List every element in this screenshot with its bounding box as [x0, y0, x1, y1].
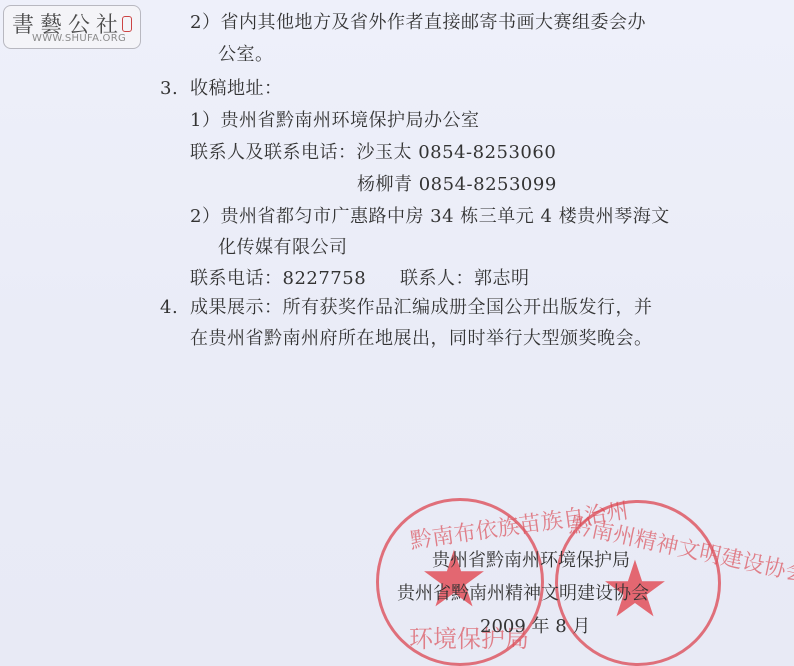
address-1-contact-2: 杨柳青 0854-8253099	[357, 174, 557, 196]
watermark-logo: 書藝公社 WWW.SHUFA.ORG	[3, 5, 141, 49]
section-3-heading: 3.收稿地址：	[160, 78, 283, 100]
signatory-org-1: 贵州省黔南州环境保护局	[432, 550, 630, 572]
item-2-line-2: 公室。	[218, 44, 274, 66]
item-2-line-1: 2）省内其他地方及省外作者直接邮寄书画大赛组委会办	[190, 12, 646, 34]
official-seal-environment-bureau: ★ 黔南布依族苗族自治州 环境保护局	[376, 498, 544, 666]
address-text: 贵州省都匀市广惠路中房 34 栋三单元 4 楼贵州琴海文	[220, 206, 669, 227]
contact-name: 沙玉太	[357, 142, 413, 163]
contact-phone: 0854-8253099	[419, 174, 557, 195]
address-text: 贵州省黔南州环境保护局办公室	[220, 110, 479, 131]
list-marker: 1）	[190, 110, 220, 131]
watermark-url: WWW.SHUFA.ORG	[32, 33, 126, 44]
section-number: 4.	[160, 297, 190, 319]
address-1-contact-1: 联系人及联系电话：沙玉太 0854-8253060	[190, 142, 556, 164]
address-2-contact-person: 联系人：郭志明	[400, 268, 530, 290]
signature-date: 2009 年 8 月	[480, 616, 590, 638]
address-2-contact: 联系电话：8227758	[190, 268, 366, 290]
address-1: 1）贵州省黔南州环境保护局办公室	[190, 110, 479, 132]
section-heading: 收稿地址：	[190, 78, 283, 99]
signatory-org-2: 贵州省黔南州精神文明建设协会	[397, 583, 649, 605]
address-2-line-2: 化传媒有限公司	[218, 237, 348, 259]
section-4-line-1: 4.成果展示：所有获奖作品汇编成册全国公开出版发行，并	[160, 297, 653, 319]
paragraph-text: 省内其他地方及省外作者直接邮寄书画大赛组委会办	[220, 12, 646, 33]
list-marker: 2）	[190, 12, 220, 33]
phone-label: 联系电话：	[190, 268, 283, 289]
section-4-line-2: 在贵州省黔南州府所在地展出，同时举行大型颁奖晚会。	[190, 328, 653, 350]
address-2-line-1: 2）贵州省都匀市广惠路中房 34 栋三单元 4 楼贵州琴海文	[190, 206, 670, 228]
contact-phone: 0854-8253060	[418, 142, 556, 163]
contact-label: 联系人：	[400, 268, 474, 289]
list-marker: 2）	[190, 206, 220, 227]
document-page: 書藝公社 WWW.SHUFA.ORG 2）省内其他地方及省外作者直接邮寄书画大赛…	[0, 0, 794, 666]
contact-label: 联系人及联系电话：	[190, 142, 357, 163]
contact-name: 郭志明	[474, 268, 530, 289]
paragraph-text: 成果展示：所有获奖作品汇编成册全国公开出版发行，并	[190, 297, 653, 318]
contact-name: 杨柳青	[357, 174, 413, 195]
small-seal-icon	[122, 16, 132, 32]
phone-number: 8227758	[283, 268, 367, 289]
section-number: 3.	[160, 78, 190, 100]
